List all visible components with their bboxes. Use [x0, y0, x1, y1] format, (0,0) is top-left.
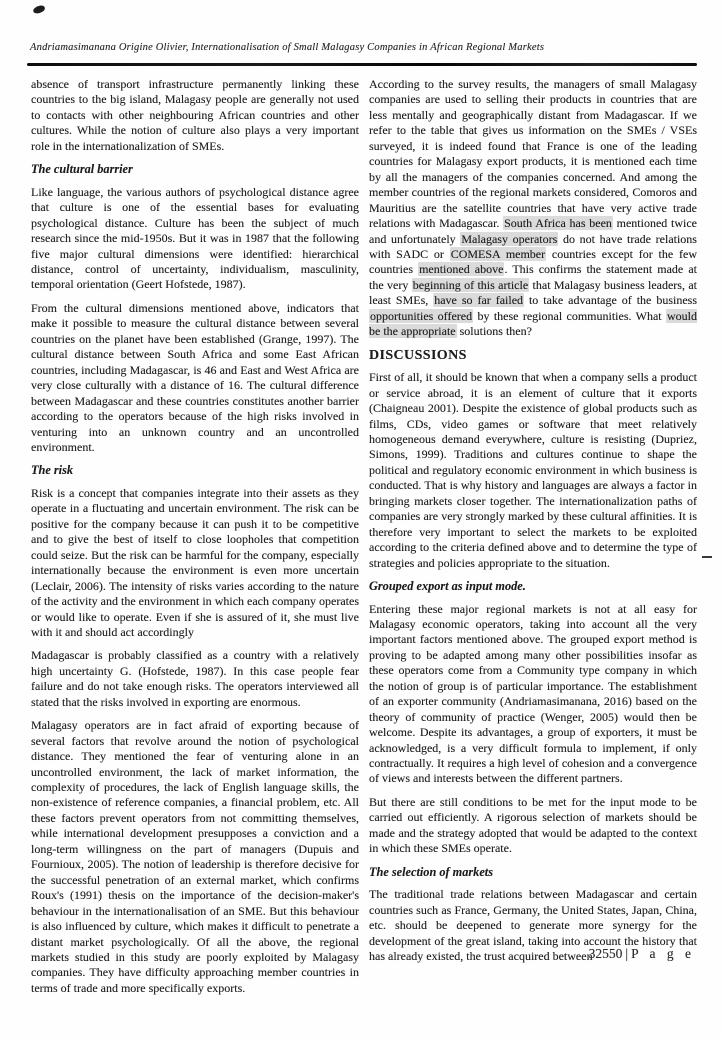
section-heading: DISCUSSIONS	[369, 348, 697, 363]
paragraph: According to the survey results, the man…	[369, 77, 697, 340]
left-column: absence of transport infrastructure perm…	[31, 77, 359, 1004]
scan-highlight: COMESA member	[450, 247, 546, 261]
paragraph: Entering these major regional markets is…	[369, 602, 697, 787]
scan-highlight: South Africa has been	[503, 216, 613, 230]
scan-highlight: opportunities offered	[369, 309, 473, 323]
page-number: 32550	[589, 946, 623, 961]
scan-highlight: have so far failed	[433, 293, 524, 307]
scan-ink-blot	[32, 5, 45, 15]
running-header-title: Andriamasimanana Origine Olivier, Intern…	[30, 42, 695, 53]
footer-separator: |	[622, 946, 631, 961]
page-word: P a g e	[631, 946, 695, 961]
paragraph: Like language, the various authors of ps…	[31, 185, 359, 293]
scan-margin-dash	[702, 556, 712, 558]
paragraph: But there are still conditions to be met…	[369, 795, 697, 857]
paragraph: Risk is a concept that companies integra…	[31, 486, 359, 641]
scan-highlight: Malagasy operators	[460, 232, 558, 246]
paragraph: First of all, it should be known that wh…	[369, 370, 697, 571]
header-rule	[27, 63, 697, 66]
paragraph: absence of transport infrastructure perm…	[31, 77, 359, 154]
section-heading: The risk	[31, 463, 359, 478]
right-column: According to the survey results, the man…	[369, 77, 697, 1004]
page-number-footer: 32550|P a g e	[589, 946, 695, 962]
scan-highlight: beginning of this article	[412, 278, 529, 292]
section-heading: The selection of markets	[369, 865, 697, 880]
two-column-body: absence of transport infrastructure perm…	[31, 77, 697, 1004]
section-heading: Grouped export as input mode.	[369, 579, 697, 594]
section-heading: The cultural barrier	[31, 162, 359, 177]
paragraph: Madagascar is probably classified as a c…	[31, 648, 359, 710]
paragraph: Malagasy operators are in fact afraid of…	[31, 718, 359, 996]
scan-highlight: mentioned above	[418, 262, 504, 276]
paragraph: From the cultural dimensions mentioned a…	[31, 301, 359, 456]
scanned-paper-page: Andriamasimanana Origine Olivier, Intern…	[0, 0, 723, 1038]
